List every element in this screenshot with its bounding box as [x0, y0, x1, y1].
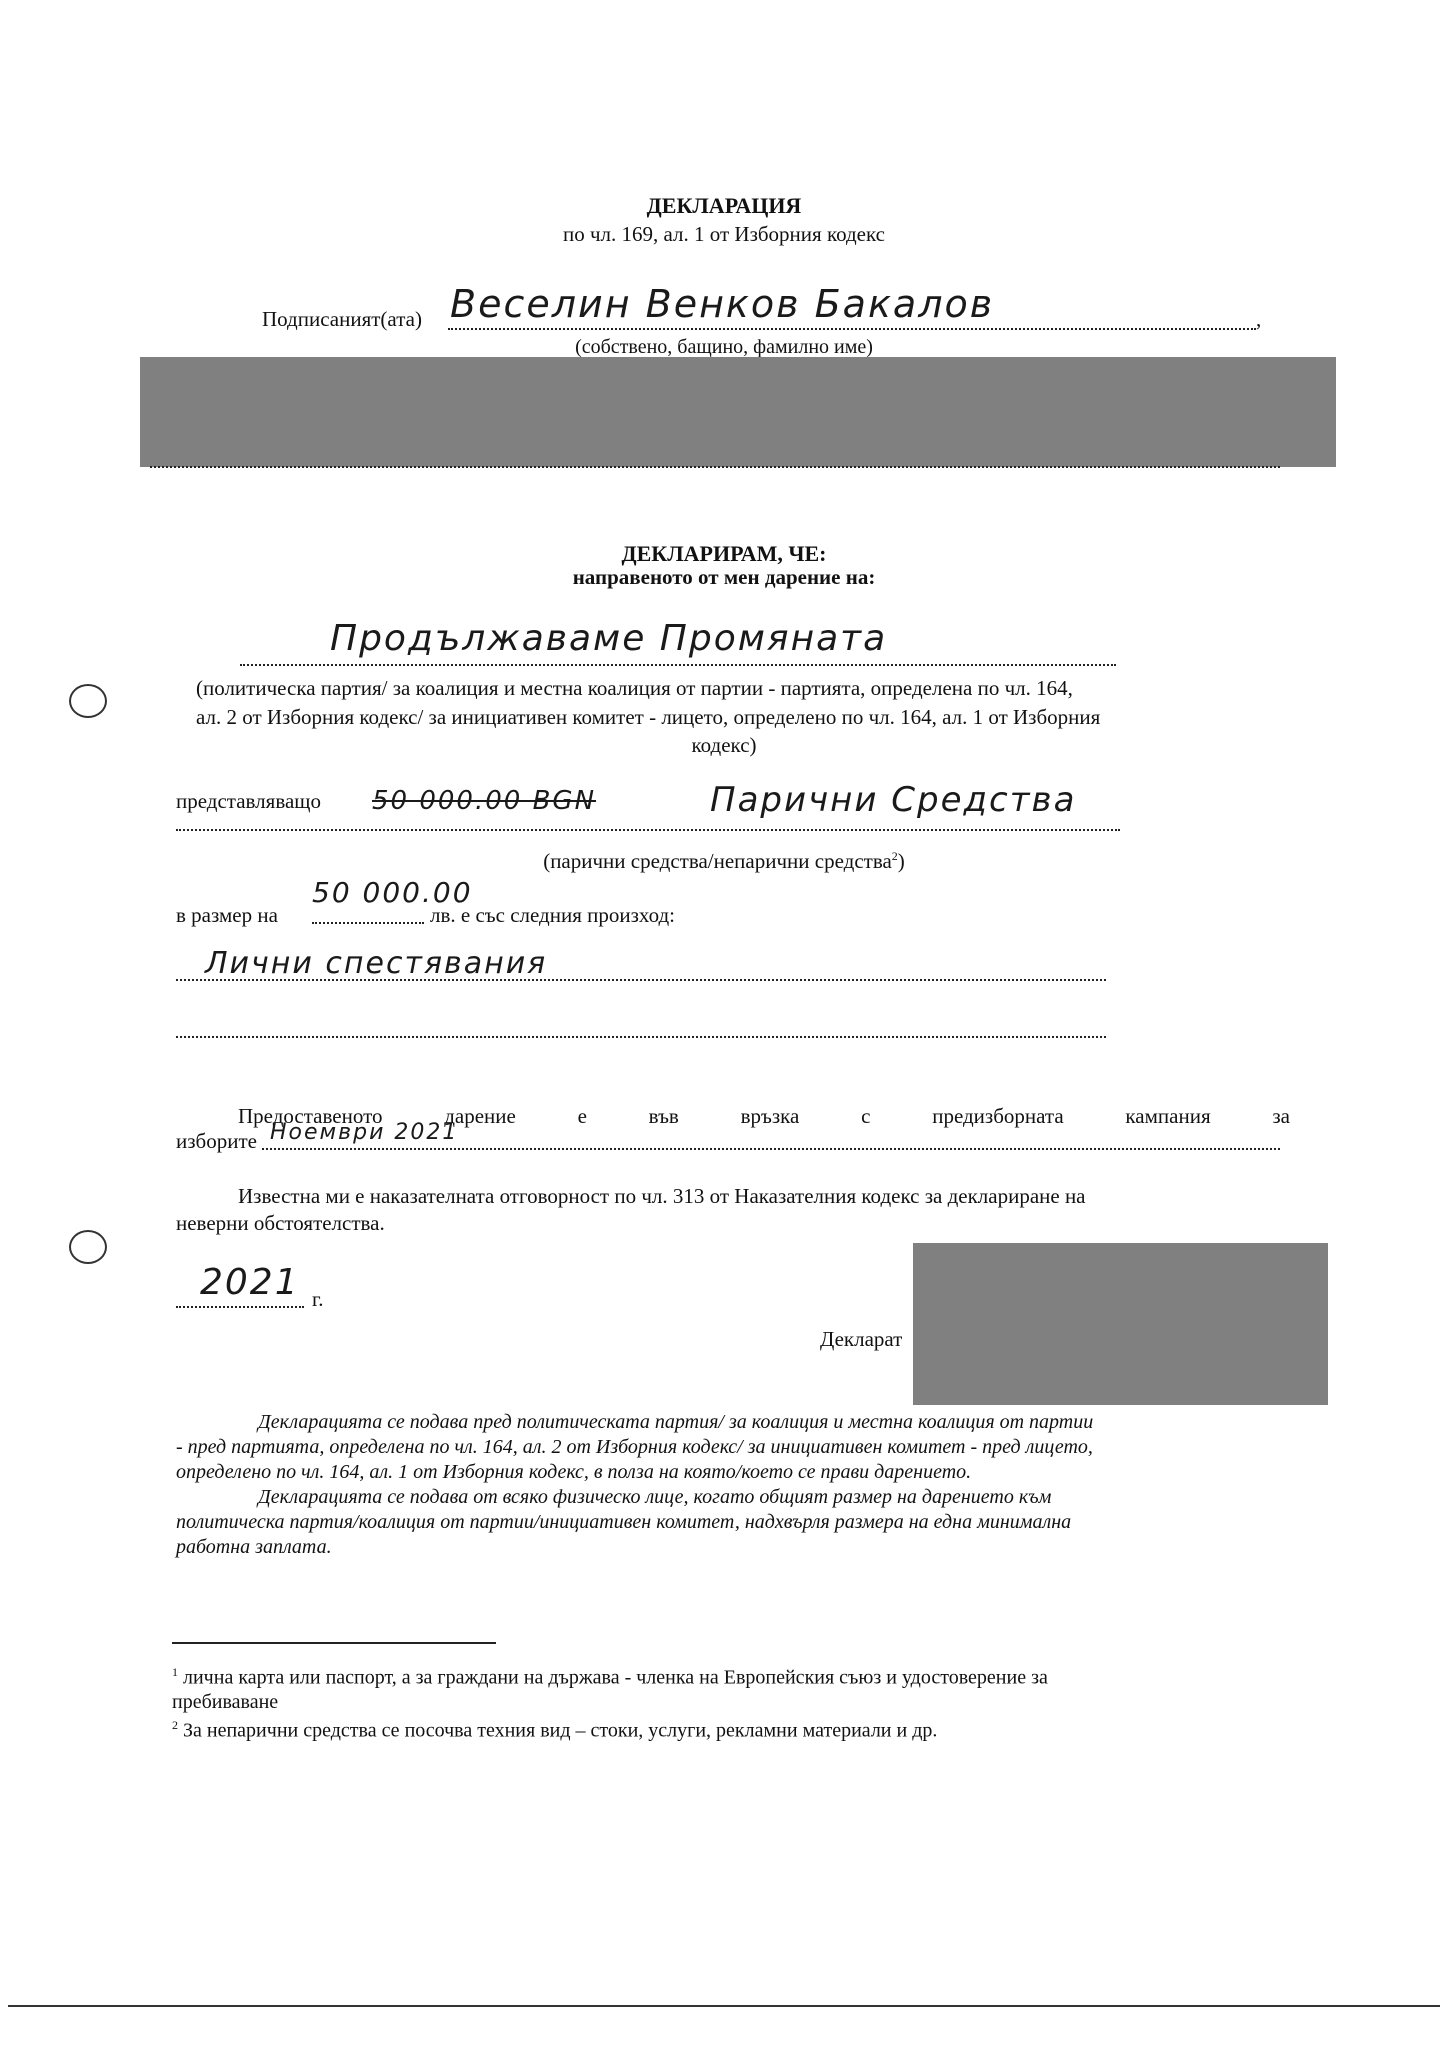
notes-p1-line1: Декларацията се подава пред политическат… — [176, 1410, 1286, 1435]
notes-p1-line3: определено по чл. 164, ал. 1 от Изборния… — [176, 1460, 1286, 1485]
page-bottom-scan-line — [8, 2005, 1440, 2007]
signatory-name-field[interactable] — [448, 328, 1256, 330]
recipient-hint-line2: ал. 2 от Изборния кодекс/ за инициативен… — [196, 704, 1100, 730]
footnote-1: 1 лична карта или паспорт, а за граждани… — [172, 1660, 1302, 1714]
campaign-elections-field[interactable] — [262, 1148, 1280, 1150]
recipient-hint-line3: кодекс) — [0, 732, 1448, 758]
representing-hint: (парични средства/непарични средства2) — [0, 843, 1448, 874]
notes-p2-line3: работна заплата. — [176, 1535, 1286, 1560]
campaign-word: кампания — [1125, 1103, 1210, 1129]
hole-punch-icon — [69, 684, 107, 718]
representing-field[interactable] — [176, 829, 1120, 831]
origin-field-line1[interactable] — [176, 979, 1106, 981]
recipient-hint-line1: (политическа партия/ за коалиция и местн… — [196, 675, 1073, 701]
notes-paragraph-1: Декларацията се подава пред политическат… — [176, 1410, 1286, 1560]
footnote-2: 2 За непарични средства се посочва техни… — [172, 1713, 1302, 1743]
origin-handwritten: Лични спестявания — [205, 946, 547, 981]
origin-field-line2[interactable] — [176, 1036, 1106, 1038]
signatory-comma: , — [1256, 306, 1261, 332]
amount-label: в размер на — [176, 902, 278, 928]
date-handwritten: 2021 — [200, 1262, 300, 1303]
page-subtitle: по чл. 169, ал. 1 от Изборния кодекс — [0, 222, 1448, 247]
representing-hint-text: (парични средства/непарични средства — [543, 849, 892, 873]
signatory-hint: (собствено, бащино, фамилно име) — [0, 336, 1448, 359]
page-title: ДЕКЛАРАЦИЯ — [0, 193, 1448, 219]
notes-p1-line2: - пред партията, определена по чл. 164, … — [176, 1435, 1286, 1460]
notes-p2-line2: политическа партия/коалиция от партии/ин… — [176, 1510, 1286, 1535]
signatory-name-handwritten: Веселин Венков Бакалов — [450, 282, 994, 326]
campaign-word: за — [1272, 1103, 1290, 1129]
hole-punch-icon — [69, 1230, 107, 1264]
notes-p2-line1: Декларацията се подава от всяко физическ… — [176, 1485, 1286, 1510]
representing-struck-text: 50 000.00 BGN — [372, 786, 596, 816]
date-field[interactable] — [176, 1306, 304, 1308]
campaign-word: е — [578, 1103, 587, 1129]
footnote-2-text: За непарични средства се посочва техния … — [178, 1720, 937, 1742]
footnote-1-text-cont: пребиваване — [172, 1691, 278, 1713]
declarant-label: Декларат — [820, 1326, 902, 1352]
representing-handwritten: Парични Средства — [710, 780, 1076, 820]
liability-line1: Известна ми е наказателната отговорност … — [238, 1183, 1086, 1209]
recipient-handwritten: Продължаваме Промяната — [330, 618, 887, 659]
liability-line2: неверни обстоятелства. — [176, 1210, 385, 1236]
redaction-personal-data — [140, 357, 1336, 467]
campaign-elections-label: изборите — [176, 1128, 257, 1154]
redaction-signature — [913, 1243, 1328, 1405]
personal-data-dotted-line — [150, 466, 1280, 468]
campaign-word: връзка — [741, 1103, 800, 1129]
campaign-handwritten: Ноември 2021 — [270, 1120, 458, 1145]
campaign-word: във — [649, 1103, 679, 1129]
representing-hint-close: ) — [898, 849, 905, 873]
footnote-separator — [172, 1642, 496, 1644]
declaration-heading: ДЕКЛАРИРАМ, ЧЕ: — [0, 541, 1448, 567]
amount-label-after: лв. е със следния произход: — [430, 902, 675, 928]
footnote-1-text: лична карта или паспорт, а за граждани н… — [178, 1667, 1048, 1689]
date-suffix: г. — [312, 1286, 324, 1312]
declaration-subheading: направеното от мен дарение на: — [0, 565, 1448, 590]
campaign-word: предизборната — [932, 1103, 1063, 1129]
amount-field[interactable] — [312, 922, 424, 924]
signatory-label: Подписаният(ата) — [262, 306, 422, 332]
recipient-field[interactable] — [240, 664, 1116, 666]
representing-label: представляващо — [176, 788, 321, 814]
campaign-word: с — [861, 1103, 870, 1129]
